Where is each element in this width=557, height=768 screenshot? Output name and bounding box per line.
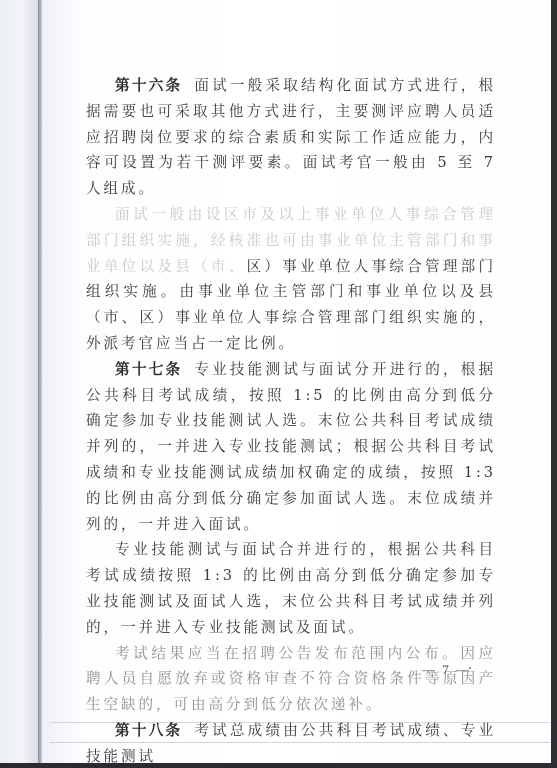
binding-edge	[0, 0, 38, 765]
scanner-edge-right	[551, 0, 557, 768]
article-number: 第十六条	[115, 77, 182, 94]
scanned-page: 第十六条面试一般采取结构化面试方式进行，根据需要也可采取其他方式进行，主要测评应…	[0, 0, 552, 765]
article-number: 第十八条	[115, 722, 182, 739]
page-number: — 7 —	[422, 662, 471, 678]
scanner-edge-bottom	[0, 763, 557, 768]
article-16-paragraph: 第十六条面试一般采取结构化面试方式进行，根据需要也可采取其他方式进行，主要测评应…	[86, 73, 496, 202]
interview-organization-paragraph: 面试一般由设区市及以上事业单位人事综合管理部门组织实施，经核准也可由事业单位主管…	[86, 202, 496, 357]
combined-test-paragraph: 专业技能测试与面试合并进行的，根据公共科目考试成绩按照 1:3 的比例由高分到低…	[86, 537, 496, 640]
paragraph-text: 面试一般采取结构化面试方式进行，根据需要也可采取其他方式进行，主要测评应聘人员适…	[86, 77, 496, 197]
article-17-paragraph: 第十七条专业技能测试与面试分开进行的，根据公共科目考试成绩，按照 1:5 的比例…	[86, 357, 496, 538]
paragraph-text: 考试结果应当在招聘公告发布范围内公布。因应聘人员自愿放弃或资格审查不符合资格条件…	[86, 645, 496, 714]
article-number: 第十七条	[115, 361, 182, 378]
paragraph-text: 专业技能测试与面试分开进行的，根据公共科目考试成绩，按照 1:5 的比例由高分到…	[86, 361, 496, 533]
scan-speck	[469, 667, 471, 669]
article-18-paragraph: 第十八条考试总成绩由公共科目考试成绩、专业技能测试	[86, 718, 496, 768]
results-publication-paragraph: 考试结果应当在招聘公告发布范围内公布。因应聘人员自愿放弃或资格审查不符合资格条件…	[86, 641, 496, 718]
paragraph-text: 专业技能测试与面试合并进行的，根据公共科目考试成绩按照 1:3 的比例由高分到低…	[86, 541, 496, 635]
